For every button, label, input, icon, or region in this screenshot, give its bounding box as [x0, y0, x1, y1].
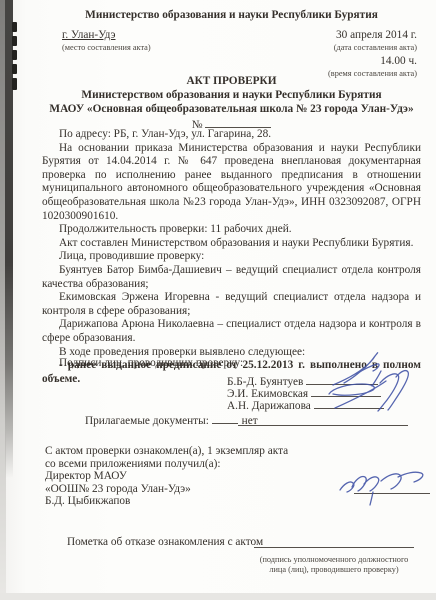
binder-mark — [12, 36, 17, 46]
ack-director-title: Директор МАОУ — [45, 470, 288, 483]
date-value: 30 апреля 2014 г. — [237, 29, 417, 43]
act-title-block: АКТ ПРОВЕРКИ Министерством образования и… — [42, 75, 421, 117]
paragraph: Буянтуев Батор Бимба-Дашиевич – ведущий … — [42, 264, 421, 291]
binder-mark — [12, 50, 17, 60]
paragraph: Продолжительность проверки: 11 рабочих д… — [42, 223, 421, 237]
binder-mark — [12, 78, 17, 90]
signature-director-icon — [340, 472, 423, 505]
act-body: По адресу: РБ, г. Улан-Удэ, ул. Гагарина… — [42, 128, 421, 386]
act-title-organization: МАОУ «Основная общеобразовательная школа… — [42, 103, 421, 117]
attachments-value: нет — [238, 415, 408, 426]
date-caption: (дата составления акта) — [237, 43, 417, 54]
footer-caption: (подпись уполномоченного должностного — [250, 555, 418, 566]
blank-line — [212, 413, 238, 424]
time-value: 14.00 ч. — [237, 55, 417, 69]
ack-line: со всеми приложениями получил(а): — [45, 458, 288, 471]
paragraph: На основании приказа Министерства образо… — [42, 142, 421, 224]
ack-line: С актом проверки ознакомлен(а), 1 экземп… — [45, 445, 288, 458]
blank-line — [306, 374, 378, 385]
refusal-note: Пометка об отказе ознакомления с актом — [67, 536, 263, 550]
blank-line — [311, 386, 381, 397]
signatures-heading: Подписи лиц, проводивших проверку: — [42, 357, 421, 371]
signer-list: Б.Б-Д. Буянтуев Э.И. Екимовская А.Н. Дар… — [227, 374, 384, 409]
ack-director-name: Б.Д. Цыбикжапов — [45, 495, 288, 508]
blank-line — [314, 398, 384, 409]
acknowledgment-block: С актом проверки ознакомлен(а), 1 экземп… — [45, 445, 288, 508]
datetime-block: 30 апреля 2014 г. (дата составления акта… — [237, 29, 417, 79]
paragraph: По адресу: РБ, г. Улан-Удэ, ул. Гагарина… — [42, 128, 421, 142]
footer-caption: лица (лиц), проводившего проверку) — [250, 565, 418, 576]
act-title-authority: Министерством образования и науки Респуб… — [42, 89, 421, 103]
paragraph: Лица, проводившие проверку: — [42, 250, 421, 264]
signer-row: А.Н. Дарижапова — [227, 398, 384, 410]
attachments-label: Прилагаемые документы: — [85, 415, 209, 427]
paragraph: Дарижапова Арюна Николаевна – специалист… — [42, 318, 421, 345]
ack-school-name: «ООШ№ 23 города Улан-Удэ» — [45, 483, 288, 496]
binder-mark — [12, 22, 17, 32]
paragraph: Екимовская Эржена Игоревна - ведущий спе… — [42, 291, 421, 318]
place-block: г. Улан-Удэ (место составления акта) — [62, 29, 151, 53]
scan-bottom-edge — [0, 593, 436, 600]
act-title: АКТ ПРОВЕРКИ — [42, 75, 421, 89]
blank-line — [205, 117, 271, 128]
attachments-line: Прилагаемые документы: нет — [85, 413, 408, 429]
place-value: г. Улан-Удэ — [62, 29, 151, 43]
scanned-act-page: Министерство образования и науки Республ… — [0, 0, 436, 600]
paragraph: Акт составлен Министерством образования … — [42, 237, 421, 251]
director-signature-line — [354, 493, 430, 494]
signer-name: А.Н. Дарижапова — [227, 400, 311, 412]
ministry-header: Министерство образования и науки Республ… — [42, 9, 421, 23]
blank-line — [254, 538, 414, 548]
signer-row: Б.Б-Д. Буянтуев — [227, 374, 384, 386]
binder-mark — [12, 64, 17, 74]
signer-row: Э.И. Екимовская — [227, 386, 384, 398]
place-caption: (место составления акта) — [62, 43, 151, 54]
footer-signature-block: (подпись уполномоченного должностного ли… — [250, 538, 418, 576]
